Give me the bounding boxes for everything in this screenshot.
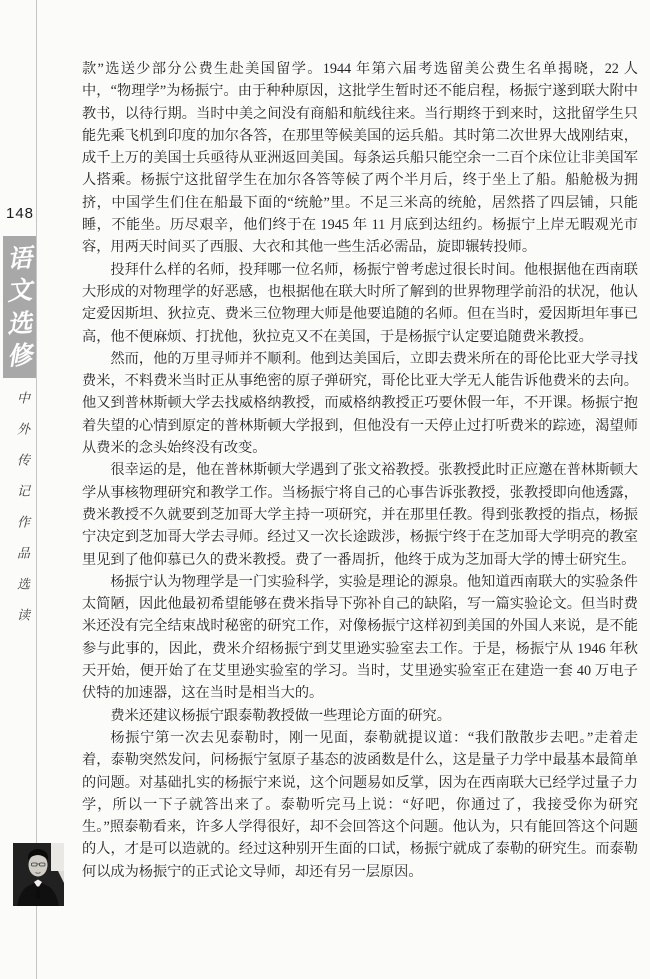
article-paragraph: 杨振宁第一次去见泰勒时，刚一见面，泰勒就提议道：“我们散散步去吧。”走着走着，泰… bbox=[82, 727, 638, 883]
series-title-char: 文 bbox=[6, 278, 33, 305]
article-paragraph: 很幸运的是，他在普林斯顿大学遇到了张文裕教授。张教授此时正应邀在普林斯顿大学从事… bbox=[82, 459, 638, 570]
textbook-page: 148 语 文 选 修 中外传记作品选读 款”选送少部分公费生赴美国留学。194… bbox=[0, 0, 650, 979]
series-title-block: 语 文 选 修 bbox=[3, 236, 36, 378]
article-paragraph: 然而，他的万里寻师并不顺利。他到达美国后，立即去费米所在的哥伦比亚大学寻找费米，… bbox=[82, 348, 638, 459]
series-title-char: 修 bbox=[6, 342, 33, 369]
portrait-photo bbox=[13, 843, 64, 906]
article-paragraph: 杨振宁认为物理学是一门实验科学，实验是理论的源泉。他知道西南联大的实验条件太简陋… bbox=[82, 571, 638, 705]
article-paragraph: 费米还建议杨振宁跟泰勒教授做一些理论方面的研究。 bbox=[82, 705, 638, 727]
sidebar-divider-line bbox=[36, 0, 37, 979]
article-body: 款”选送少部分公费生赴美国留学。1944 年第六届考选留美公费生名单揭晓，22 … bbox=[82, 58, 638, 883]
article-paragraph: 款”选送少部分公费生赴美国留学。1944 年第六届考选留美公费生名单揭晓，22 … bbox=[82, 58, 638, 259]
series-title-char: 选 bbox=[6, 310, 33, 337]
article-paragraph: 投拜什么样的名师，投拜哪一位名师，杨振宁曾考虑过很长时间。他根据他在西南联大形成… bbox=[82, 259, 638, 348]
series-title-char: 语 bbox=[6, 245, 33, 272]
course-subtitle-vertical: 中外传记作品选读 bbox=[12, 391, 31, 661]
page-number: 148 bbox=[4, 205, 36, 222]
